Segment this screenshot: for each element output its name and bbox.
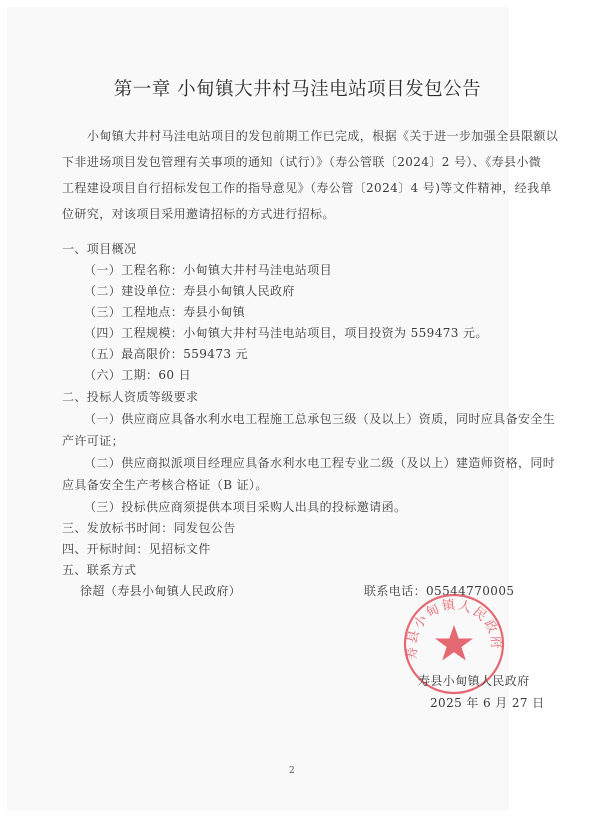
- signature-organization: 寿县小甸镇人民政府: [418, 672, 530, 689]
- section-4-heading: 四、开标时间：见招标文件: [62, 540, 211, 557]
- section-1-heading: 一、项目概况: [62, 240, 136, 257]
- contact-person: 徐超（寿县小甸镇人民政府）: [80, 582, 241, 599]
- intro-line-4: 位研究，对该项目采用邀请招标的方式进行招标。: [62, 205, 335, 222]
- section-1-item: （五）最高限价：559473 元: [84, 345, 248, 362]
- section-2-item: 产许可证；: [62, 432, 124, 449]
- section-2-heading: 二、投标人资质等级要求: [62, 388, 198, 405]
- intro-line-1: 小甸镇大井村马洼电站项目的发包前期工作已完成，根据《关于进一步加强全县限额以: [87, 127, 558, 144]
- section-1-item: （三）工程地点：寿县小甸镇: [84, 303, 245, 320]
- intro-line-2: 下非进场项目发包管理有关事项的通知（试行）》（寿公管联〔2024〕2 号）、《寿…: [62, 153, 541, 170]
- intro-line-3: 工程建设项目自行招标发包工作的指导意见》（寿公管〔2024〕4 号)等文件精神，…: [62, 179, 552, 196]
- section-5-heading: 五、联系方式: [62, 561, 136, 578]
- section-3-heading: 三、发放标书时间：同发包公告: [62, 519, 236, 536]
- section-1-item: （一）工程名称：小甸镇大井村马洼电站项目: [84, 261, 332, 278]
- section-1-item: （二）建设单位：寿县小甸镇人民政府: [84, 282, 295, 299]
- section-1-item: （六）工期：60 日: [84, 366, 191, 383]
- document-title: 第一章 小甸镇大井村马洼电站项目发包公告: [0, 75, 595, 101]
- section-2-item: 应具备安全生产考核合格证（B 证）。: [62, 476, 268, 493]
- section-1-item: （四）工程规模：小甸镇大井村马洼电站项目，项目投资为 559473 元。: [84, 324, 488, 341]
- section-2-item: （一）供应商应具备水利水电工程施工总承包三级（及以上）资质，同时应具备安全生: [84, 410, 555, 427]
- section-2-item: （三）投标供应商须提供本项目采购人出具的投标邀请函。: [84, 498, 406, 515]
- section-2-item: （二）供应商拟派项目经理应具备水利水电工程专业二级（及以上）建造师资格，同时: [84, 454, 555, 471]
- page-number: 2: [289, 766, 295, 776]
- signature-date: 2025 年 6 月 27 日: [430, 694, 545, 711]
